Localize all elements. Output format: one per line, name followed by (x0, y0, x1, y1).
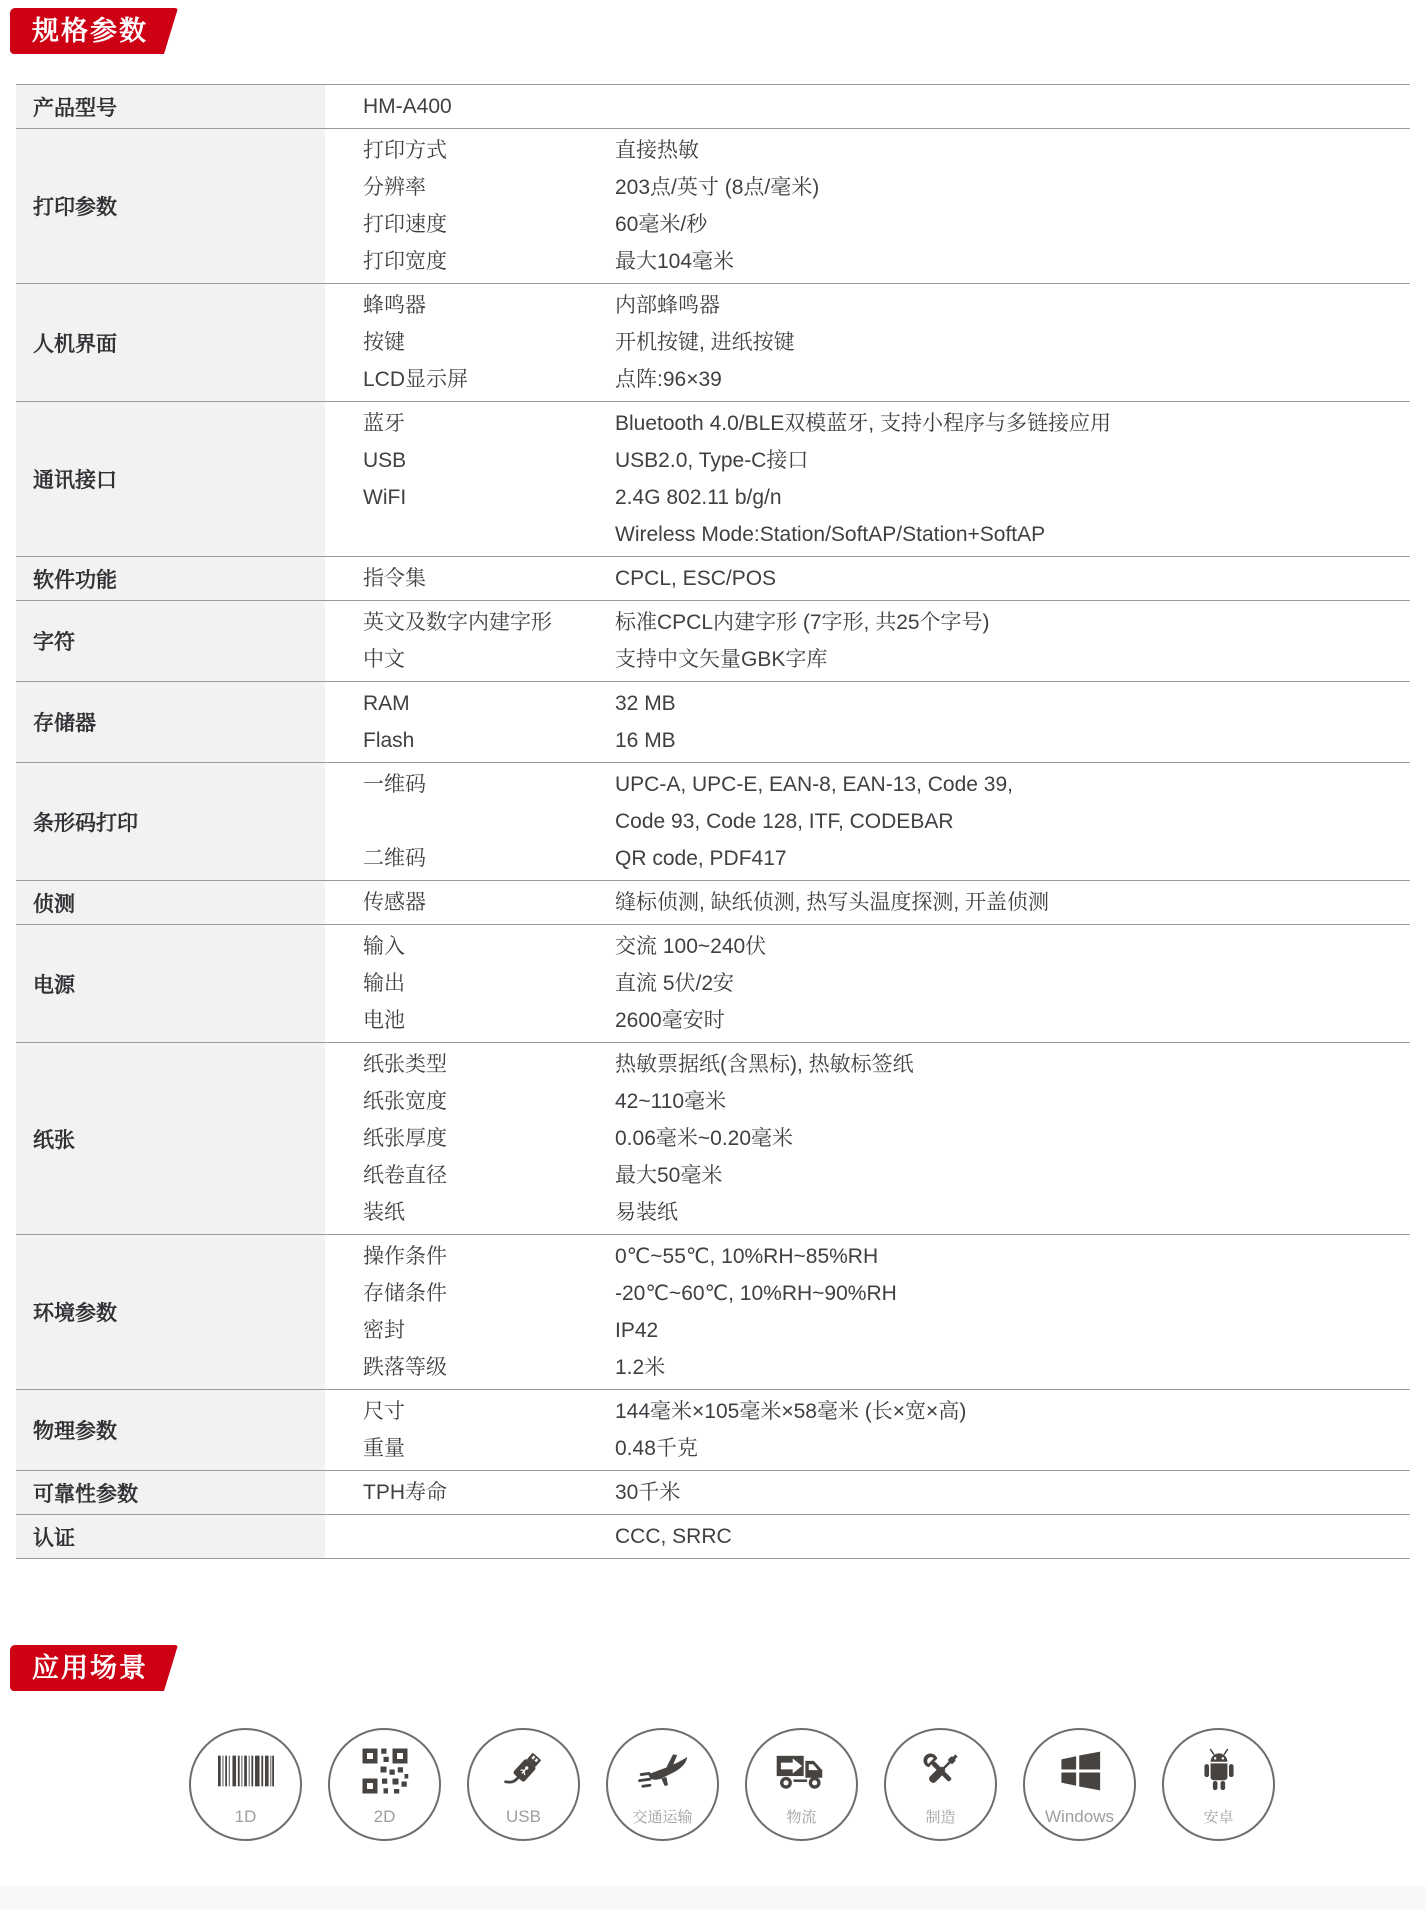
spec-section: 纸张纸张类型热敏票据纸(含黑标), 热敏标签纸纸张宽度42~110毫米纸张厚度0… (16, 1043, 1410, 1235)
spec-row: 纸卷直径最大50毫米 (325, 1157, 1410, 1194)
usb-plug-icon (496, 1743, 552, 1799)
spec-value: 16 MB (615, 722, 1410, 759)
spec-value: UPC-A, UPC-E, EAN-8, EAN-13, Code 39, (615, 766, 1410, 803)
spec-row: 打印方式直接热敏 (325, 132, 1410, 169)
spec-label (325, 516, 615, 553)
footer-strip (0, 1886, 1426, 1910)
spec-row: CCC, SRRC (325, 1518, 1410, 1555)
spec-section: 环境参数操作条件0℃~55℃, 10%RH~85%RH存储条件-20℃~60℃,… (16, 1235, 1410, 1390)
application-circle-windows: Windows (1023, 1728, 1136, 1841)
spec-label: WiFI (325, 479, 615, 516)
spec-label: 跌落等级 (325, 1349, 615, 1386)
spec-rows: 蜂鸣器内部蜂鸣器按键开机按键, 进纸按键LCD显示屏点阵:96×39 (325, 284, 1410, 401)
category-label: 人机界面 (16, 284, 325, 401)
spec-label: 打印宽度 (325, 243, 615, 280)
spec-value: 203点/英寸 (8点/毫米) (615, 169, 1410, 206)
spec-row: Flash16 MB (325, 722, 1410, 759)
spec-label: Flash (325, 722, 615, 759)
spec-label: 纸张厚度 (325, 1120, 615, 1157)
application-label: USB (469, 1807, 578, 1827)
spec-value: IP42 (615, 1312, 1410, 1349)
spec-label: 分辨率 (325, 169, 615, 206)
category-label: 字符 (16, 601, 325, 681)
spec-label: 操作条件 (325, 1238, 615, 1275)
category-label: 纸张 (16, 1043, 325, 1234)
category-label: 认证 (16, 1515, 325, 1558)
spec-value: 易装纸 (615, 1194, 1410, 1231)
spec-value: 支持中文矢量GBK字库 (615, 641, 1410, 678)
spec-label: 输出 (325, 965, 615, 1002)
spec-value: 144毫米×105毫米×58毫米 (长×宽×高) (615, 1393, 1410, 1430)
spec-value: 2600毫安时 (615, 1002, 1410, 1039)
spec-value: 0.06毫米~0.20毫米 (615, 1120, 1410, 1157)
application-circle-2d: 2D (328, 1728, 441, 1841)
spec-row: 存储条件-20℃~60℃, 10%RH~90%RH (325, 1275, 1410, 1312)
spec-row: 纸张厚度0.06毫米~0.20毫米 (325, 1120, 1410, 1157)
spec-rows: 打印方式直接热敏分辨率203点/英寸 (8点/毫米)打印速度60毫米/秒打印宽度… (325, 129, 1410, 283)
spec-rows: 操作条件0℃~55℃, 10%RH~85%RH存储条件-20℃~60℃, 10%… (325, 1235, 1410, 1389)
spec-row: Code 93, Code 128, ITF, CODEBAR (325, 803, 1410, 840)
windows-logo-icon (1052, 1743, 1108, 1799)
spec-value: CPCL, ESC/POS (615, 560, 1410, 597)
spec-label: RAM (325, 685, 615, 722)
spec-label: 纸卷直径 (325, 1157, 615, 1194)
spec-row: 打印宽度最大104毫米 (325, 243, 1410, 280)
spec-section: 电源输入交流 100~240伏输出直流 5伏/2安电池2600毫安时 (16, 925, 1410, 1043)
spec-row: 分辨率203点/英寸 (8点/毫米) (325, 169, 1410, 206)
barcode-1d-icon (218, 1743, 274, 1799)
spec-value: 60毫米/秒 (615, 206, 1410, 243)
spec-label: 电池 (325, 1002, 615, 1039)
spec-table: 产品型号HM-A400打印参数打印方式直接热敏分辨率203点/英寸 (8点/毫米… (16, 84, 1410, 1559)
spec-rows: 尺寸144毫米×105毫米×58毫米 (长×宽×高)重量0.48千克 (325, 1390, 1410, 1470)
spec-value: 直流 5伏/2安 (615, 965, 1410, 1002)
spec-value: 32 MB (615, 685, 1410, 722)
application-label: 物流 (747, 1806, 856, 1827)
spec-value: 0.48千克 (615, 1430, 1410, 1467)
spec-row: RAM32 MB (325, 685, 1410, 722)
spec-value: 点阵:96×39 (615, 361, 1410, 398)
spec-value (615, 88, 1410, 125)
spec-rows: 输入交流 100~240伏输出直流 5伏/2安电池2600毫安时 (325, 925, 1410, 1042)
tools-icon (913, 1743, 969, 1799)
spec-label (325, 803, 615, 840)
delivery-truck-icon (774, 1743, 830, 1799)
application-circle-android: 安卓 (1162, 1728, 1275, 1841)
application-circle-usb: USB (467, 1728, 580, 1841)
spec-label: 尺寸 (325, 1393, 615, 1430)
spec-label: 纸张宽度 (325, 1083, 615, 1120)
spec-rows: HM-A400 (325, 85, 1410, 128)
spec-row: 蜂鸣器内部蜂鸣器 (325, 287, 1410, 324)
spec-row: 打印速度60毫米/秒 (325, 206, 1410, 243)
spec-rows: 蓝牙Bluetooth 4.0/BLE双模蓝牙, 支持小程序与多链接应用USBU… (325, 402, 1410, 556)
spec-label: 二维码 (325, 840, 615, 877)
qr-code-icon (357, 1743, 413, 1799)
spec-row: 指令集CPCL, ESC/POS (325, 560, 1410, 597)
spec-value: 标准CPCL内建字形 (7字形, 共25个字号) (615, 604, 1410, 641)
application-circle-manufacturing: 制造 (884, 1728, 997, 1841)
spec-value: 30千米 (615, 1474, 1410, 1511)
spec-label: 重量 (325, 1430, 615, 1467)
spec-label: 指令集 (325, 560, 615, 597)
spec-label: 传感器 (325, 884, 615, 921)
spec-value: 内部蜂鸣器 (615, 287, 1410, 324)
spec-row: 蓝牙Bluetooth 4.0/BLE双模蓝牙, 支持小程序与多链接应用 (325, 405, 1410, 442)
application-label: 安卓 (1164, 1806, 1273, 1827)
spec-section: 字符英文及数字内建字形标准CPCL内建字形 (7字形, 共25个字号)中文支持中… (16, 601, 1410, 682)
spec-rows: CCC, SRRC (325, 1515, 1410, 1558)
spec-section: 认证CCC, SRRC (16, 1515, 1410, 1559)
category-label: 条形码打印 (16, 763, 325, 880)
spec-row: 传感器缝标侦测, 缺纸侦测, 热写头温度探测, 开盖侦测 (325, 884, 1410, 921)
spec-section: 软件功能指令集CPCL, ESC/POS (16, 557, 1410, 601)
spec-value: -20℃~60℃, 10%RH~90%RH (615, 1275, 1410, 1312)
spec-row: 纸张宽度42~110毫米 (325, 1083, 1410, 1120)
android-robot-icon (1191, 1743, 1247, 1799)
application-circle-transport: 交通运输 (606, 1728, 719, 1841)
category-label: 产品型号 (16, 85, 325, 128)
spec-row: 输入交流 100~240伏 (325, 928, 1410, 965)
spec-row: 英文及数字内建字形标准CPCL内建字形 (7字形, 共25个字号) (325, 604, 1410, 641)
spec-value: 缝标侦测, 缺纸侦测, 热写头温度探测, 开盖侦测 (615, 884, 1410, 921)
spec-section: 可靠性参数TPH寿命30千米 (16, 1471, 1410, 1515)
application-label: 1D (191, 1807, 300, 1827)
spec-value: 交流 100~240伏 (615, 928, 1410, 965)
spec-label: 装纸 (325, 1194, 615, 1231)
spec-row: 纸张类型热敏票据纸(含黑标), 热敏标签纸 (325, 1046, 1410, 1083)
spec-label: LCD显示屏 (325, 361, 615, 398)
spec-row: 密封IP42 (325, 1312, 1410, 1349)
spec-label: 中文 (325, 641, 615, 678)
application-label: 制造 (886, 1806, 995, 1827)
spec-value: Code 93, Code 128, ITF, CODEBAR (615, 803, 1410, 840)
category-label: 软件功能 (16, 557, 325, 600)
application-label: Windows (1025, 1807, 1134, 1827)
category-label: 物理参数 (16, 1390, 325, 1470)
spec-value: 0℃~55℃, 10%RH~85%RH (615, 1238, 1410, 1275)
spec-rows: 一维码UPC-A, UPC-E, EAN-8, EAN-13, Code 39,… (325, 763, 1410, 880)
spec-rows: RAM32 MBFlash16 MB (325, 682, 1410, 762)
category-label: 存储器 (16, 682, 325, 762)
spec-label: 蜂鸣器 (325, 287, 615, 324)
application-label: 交通运输 (608, 1806, 717, 1827)
spec-rows: 英文及数字内建字形标准CPCL内建字形 (7字形, 共25个字号)中文支持中文矢… (325, 601, 1410, 681)
spec-section-header: 规格参数 (10, 8, 178, 54)
spec-row: 中文支持中文矢量GBK字库 (325, 641, 1410, 678)
spec-label: 打印速度 (325, 206, 615, 243)
spec-label: 纸张类型 (325, 1046, 615, 1083)
spec-label: 按键 (325, 324, 615, 361)
spec-label: USB (325, 442, 615, 479)
spec-section: 通讯接口蓝牙Bluetooth 4.0/BLE双模蓝牙, 支持小程序与多链接应用… (16, 402, 1410, 557)
spec-row: 跌落等级1.2米 (325, 1349, 1410, 1386)
spec-row: Wireless Mode:Station/SoftAP/Station+Sof… (325, 516, 1410, 553)
spec-label: HM-A400 (325, 88, 615, 125)
spec-value: 1.2米 (615, 1349, 1410, 1386)
spec-section: 产品型号HM-A400 (16, 85, 1410, 129)
spec-row: 二维码QR code, PDF417 (325, 840, 1410, 877)
category-label: 电源 (16, 925, 325, 1042)
spec-rows: 纸张类型热敏票据纸(含黑标), 热敏标签纸纸张宽度42~110毫米纸张厚度0.0… (325, 1043, 1410, 1234)
spec-row: 尺寸144毫米×105毫米×58毫米 (长×宽×高) (325, 1393, 1410, 1430)
airplane-icon (635, 1743, 691, 1799)
spec-section: 条形码打印一维码UPC-A, UPC-E, EAN-8, EAN-13, Cod… (16, 763, 1410, 881)
spec-value: 2.4G 802.11 b/g/n (615, 479, 1410, 516)
spec-row: 输出直流 5伏/2安 (325, 965, 1410, 1002)
spec-row: 重量0.48千克 (325, 1430, 1410, 1467)
spec-label: 打印方式 (325, 132, 615, 169)
spec-value: Bluetooth 4.0/BLE双模蓝牙, 支持小程序与多链接应用 (615, 405, 1410, 442)
spec-row: 装纸易装纸 (325, 1194, 1410, 1231)
spec-value: QR code, PDF417 (615, 840, 1410, 877)
spec-section: 存储器RAM32 MBFlash16 MB (16, 682, 1410, 763)
spec-value: Wireless Mode:Station/SoftAP/Station+Sof… (615, 516, 1410, 553)
spec-rows: 传感器缝标侦测, 缺纸侦测, 热写头温度探测, 开盖侦测 (325, 881, 1410, 924)
spec-section: 物理参数尺寸144毫米×105毫米×58毫米 (长×宽×高)重量0.48千克 (16, 1390, 1410, 1471)
category-label: 可靠性参数 (16, 1471, 325, 1514)
applications-section-header: 应用场景 (10, 1645, 178, 1691)
spec-row: HM-A400 (325, 88, 1410, 125)
spec-label: TPH寿命 (325, 1474, 615, 1511)
spec-value: USB2.0, Type-C接口 (615, 442, 1410, 479)
spec-section: 打印参数打印方式直接热敏分辨率203点/英寸 (8点/毫米)打印速度60毫米/秒… (16, 129, 1410, 284)
spec-rows: 指令集CPCL, ESC/POS (325, 557, 1410, 600)
application-circle-logistics: 物流 (745, 1728, 858, 1841)
spec-label: 蓝牙 (325, 405, 615, 442)
spec-value: 42~110毫米 (615, 1083, 1410, 1120)
spec-row: USBUSB2.0, Type-C接口 (325, 442, 1410, 479)
category-label: 环境参数 (16, 1235, 325, 1389)
category-label: 打印参数 (16, 129, 325, 283)
spec-row: WiFI2.4G 802.11 b/g/n (325, 479, 1410, 516)
spec-label: 英文及数字内建字形 (325, 604, 615, 641)
spec-section: 侦测传感器缝标侦测, 缺纸侦测, 热写头温度探测, 开盖侦测 (16, 881, 1410, 925)
spec-value: 直接热敏 (615, 132, 1410, 169)
spec-row: 一维码UPC-A, UPC-E, EAN-8, EAN-13, Code 39, (325, 766, 1410, 803)
spec-row: 操作条件0℃~55℃, 10%RH~85%RH (325, 1238, 1410, 1275)
spec-label: 存储条件 (325, 1275, 615, 1312)
spec-label (325, 1518, 615, 1555)
spec-label: 一维码 (325, 766, 615, 803)
spec-value: 最大104毫米 (615, 243, 1410, 280)
spec-value: 热敏票据纸(含黑标), 热敏标签纸 (615, 1046, 1410, 1083)
spec-row: 电池2600毫安时 (325, 1002, 1410, 1039)
spec-row: 按键开机按键, 进纸按键 (325, 324, 1410, 361)
spec-label: 密封 (325, 1312, 615, 1349)
spec-value: 开机按键, 进纸按键 (615, 324, 1410, 361)
spec-value: CCC, SRRC (615, 1518, 1410, 1555)
spec-row: TPH寿命30千米 (325, 1474, 1410, 1511)
spec-label: 输入 (325, 928, 615, 965)
category-label: 通讯接口 (16, 402, 325, 556)
category-label: 侦测 (16, 881, 325, 924)
spec-section: 人机界面蜂鸣器内部蜂鸣器按键开机按键, 进纸按键LCD显示屏点阵:96×39 (16, 284, 1410, 402)
application-circle-1d: 1D (189, 1728, 302, 1841)
spec-row: LCD显示屏点阵:96×39 (325, 361, 1410, 398)
application-label: 2D (330, 1807, 439, 1827)
application-icons: 1D2DUSB交通运输物流制造Windows安卓 (189, 1728, 1275, 1841)
spec-rows: TPH寿命30千米 (325, 1471, 1410, 1514)
spec-value: 最大50毫米 (615, 1157, 1410, 1194)
